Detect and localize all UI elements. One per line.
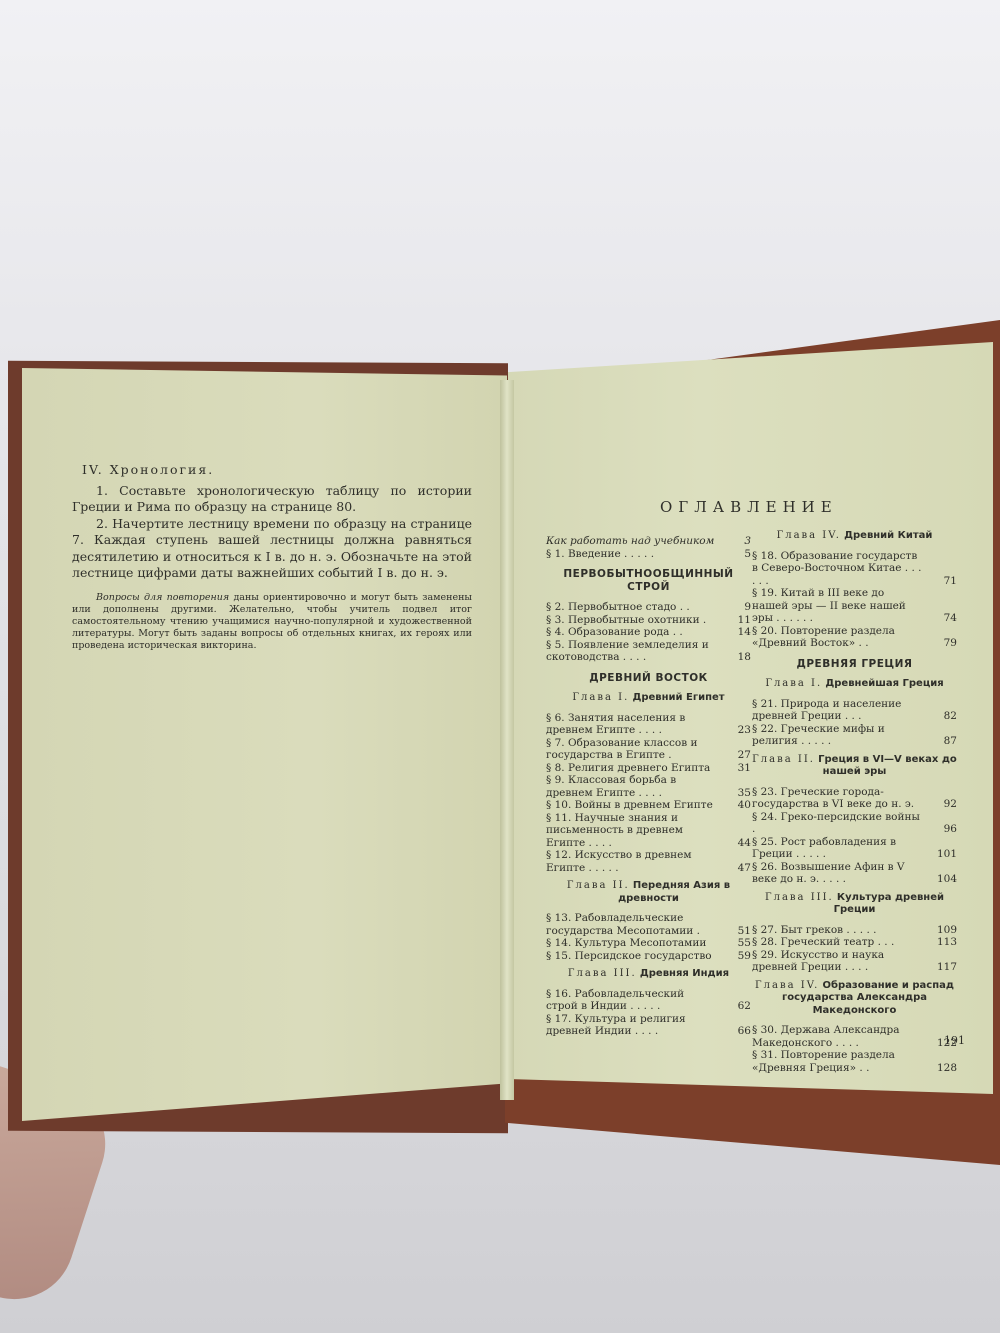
toc-entry: § 11. Научные знания и письменность в др… bbox=[546, 812, 751, 850]
toc-entry: § 25. Рост рабовладения в Греции . . . .… bbox=[752, 836, 957, 861]
toc-entry: § 21. Природа и население древней Греции… bbox=[752, 698, 957, 723]
toc-chapter-heading: Глава II. Передняя Азия в древности bbox=[546, 880, 751, 905]
footnote: Вопросы для повторения даны ориентировоч… bbox=[72, 592, 472, 652]
toc-entry: § 9. Классовая борьба в древнем Египте .… bbox=[546, 774, 751, 799]
toc-entry: § 5. Появление земледелия и скотоводства… bbox=[546, 639, 751, 664]
toc-entry: § 14. Культура Месопотамии55 bbox=[546, 937, 751, 950]
toc-column-right: Глава IV. Древний Китай § 18. Образовани… bbox=[752, 524, 957, 1074]
toc-title: ОГЛАВЛЕНИЕ bbox=[660, 498, 838, 516]
toc-chapter-heading: Глава I. Древний Египет bbox=[546, 692, 751, 705]
toc-column-left: Как работать над учебником3 § 1. Введени… bbox=[546, 535, 751, 1038]
paragraph: 1. Составьте хронологическую таблицу по … bbox=[72, 483, 472, 516]
toc-entry: § 20. Повторение раздела «Древний Восток… bbox=[752, 625, 957, 650]
toc-section-heading: ПЕРВОБЫТНООБЩИННЫЙ СТРОЙ bbox=[546, 568, 751, 593]
book-spine bbox=[500, 380, 514, 1100]
toc-entry: § 3. Первобытные охотники .11 bbox=[546, 614, 751, 627]
toc-entry: § 6. Занятия населения в древнем Египте … bbox=[546, 712, 751, 737]
toc-entry: § 13. Рабовладельческие государства Месо… bbox=[546, 912, 751, 937]
toc-entry: § 7. Образование классов и государства в… bbox=[546, 737, 751, 762]
toc-chapter-heading: Глава I. Древнейшая Греция bbox=[752, 678, 957, 691]
toc-entry: § 22. Греческие мифы и религия . . . . .… bbox=[752, 723, 957, 748]
toc-entry: § 26. Возвышение Афин в V веке до н. э. … bbox=[752, 861, 957, 886]
toc-entry: § 4. Образование рода . .14 bbox=[546, 626, 751, 639]
toc-entry: § 31. Повторение раздела «Древняя Греция… bbox=[752, 1049, 957, 1074]
toc-entry: § 29. Искусство и наука древней Греции .… bbox=[752, 949, 957, 974]
toc-chapter-heading: Глава III. Культура древней Греции bbox=[752, 892, 957, 917]
toc-chapter-heading: Глава IV. Образование и распад государст… bbox=[752, 980, 957, 1018]
toc-chapter-heading: Глава II. Греция в VI—V веках до нашей э… bbox=[752, 754, 957, 779]
toc-chapter-heading: Глава IV. Древний Китай bbox=[752, 530, 957, 543]
toc-entry: § 28. Греческий театр . . .113 bbox=[752, 936, 957, 949]
paragraph: 2. Начертите лестницу времени по образцу… bbox=[72, 516, 472, 582]
toc-entry: § 30. Держава Александра Македонского . … bbox=[752, 1024, 957, 1049]
toc-entry: § 12. Искусство в древнем Египте . . . .… bbox=[546, 849, 751, 874]
toc-entry: § 15. Персидское государство59 bbox=[546, 950, 751, 963]
toc-chapter-heading: Глава III. Древняя Индия bbox=[546, 968, 751, 981]
toc-entry: § 17. Культура и религия древней Индии .… bbox=[546, 1013, 751, 1038]
toc-entry: § 10. Войны в древнем Египте40 bbox=[546, 799, 751, 812]
toc-entry: Как работать над учебником3 bbox=[546, 535, 751, 548]
toc-section-heading: ДРЕВНЯЯ ГРЕЦИЯ bbox=[752, 658, 957, 671]
toc-entry: § 27. Быт греков . . . . .109 bbox=[752, 924, 957, 937]
left-page-text: IV. Хронология. 1. Составьте хронологиче… bbox=[72, 462, 472, 652]
section-heading: IV. Хронология. bbox=[82, 462, 472, 479]
toc-entry: § 23. Греческие города-государства в VI … bbox=[752, 786, 957, 811]
toc-entry: § 1. Введение . . . . .5 bbox=[546, 548, 751, 561]
toc-entry: § 24. Греко-персидские войны .96 bbox=[752, 811, 957, 836]
toc-section-heading: ДРЕВНИЙ ВОСТОК bbox=[546, 672, 751, 685]
toc-entry: § 16. Рабовладельческий строй в Индии . … bbox=[546, 988, 751, 1013]
toc-entry: § 2. Первобытное стадо . .9 bbox=[546, 601, 751, 614]
toc-entry: § 19. Китай в III веке до нашей эры — II… bbox=[752, 587, 957, 625]
page-number: 191 bbox=[944, 1034, 965, 1047]
toc-entry: § 18. Образование государств в Северо-Во… bbox=[752, 550, 957, 588]
toc-entry: § 8. Религия древнего Египта31 bbox=[546, 762, 751, 775]
